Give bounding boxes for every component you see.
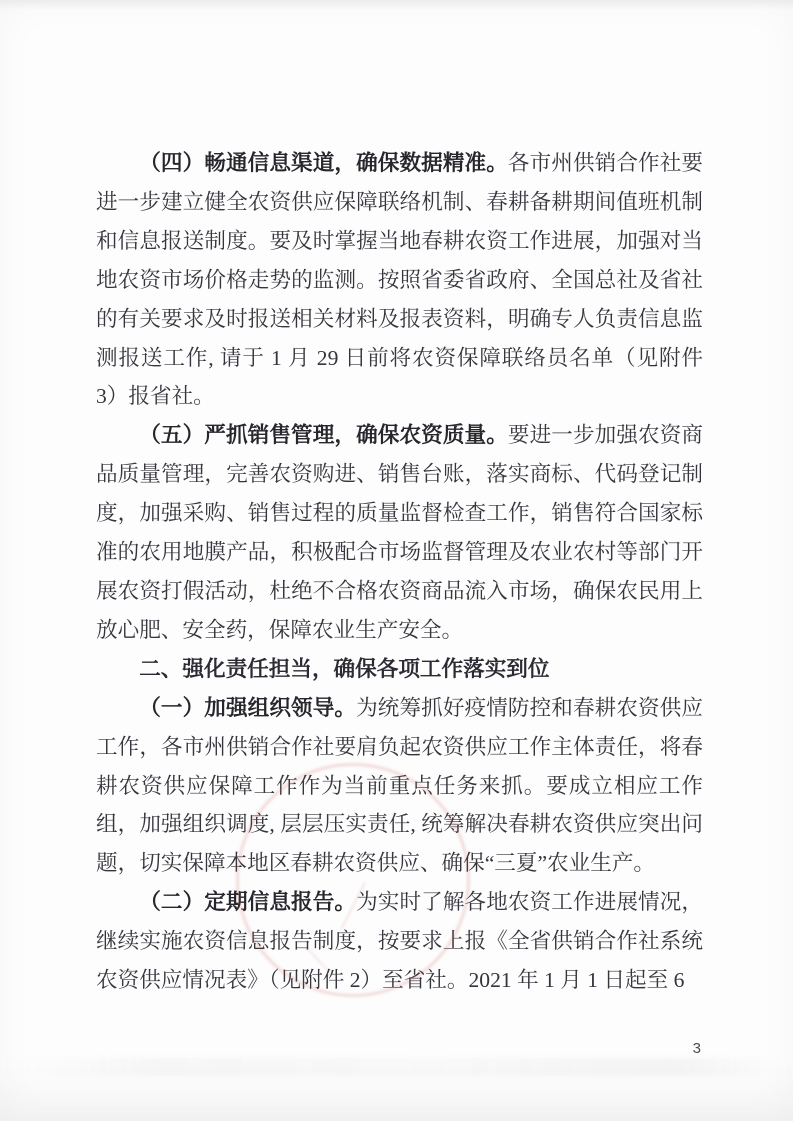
scan-smudge: [0, 1058, 793, 1076]
scanned-document-page: （四）畅通信息渠道，确保数据精准。各市州供销合作社要进一步建立健全农资供应保障联…: [0, 0, 793, 1121]
paragraph-text: 为统筹抓好疫情防控和春耕农资供应工作，各市州供销合作社要肩负起农资供应工作主体责…: [96, 696, 703, 876]
paragraph-item-4: （四）畅通信息渠道，确保数据精准。各市州供销合作社要进一步建立健全农资供应保障联…: [96, 144, 703, 416]
paragraph-item-1: （一）加强组织领导。为统筹抓好疫情防控和春耕农资供应工作，各市州供销合作社要肩负…: [96, 689, 703, 884]
paragraph-text: 各市州供销合作社要进一步建立健全农资供应保障联络机制、春耕备耕期间值班机制和信息…: [96, 151, 703, 408]
paragraph-lead: （一）加强组织领导。: [139, 696, 356, 720]
section-heading: 二、强化责任担当，确保各项工作落实到位: [96, 650, 703, 689]
paragraph-text: 要进一步加强农资商品质量管理，完善农资购进、销售台账，落实商标、代码登记制度，加…: [96, 423, 703, 642]
paragraph-item-2: （二）定期信息报告。为实时了解各地农资工作进展情况，继续实施农资信息报告制度，按…: [96, 883, 703, 1000]
paragraph-lead: （四）畅通信息渠道，确保数据精准。: [139, 151, 508, 175]
paragraph-lead: （二）定期信息报告。: [139, 890, 356, 914]
paragraph-item-5: （五）严抓销售管理，确保农资质量。要进一步加强农资商品质量管理，完善农资购进、销…: [96, 416, 703, 649]
page-number: 3: [693, 1040, 701, 1057]
document-text-column: （四）畅通信息渠道，确保数据精准。各市州供销合作社要进一步建立健全农资供应保障联…: [96, 144, 703, 1000]
paragraph-lead: （五）严抓销售管理，确保农资质量。: [139, 423, 508, 447]
